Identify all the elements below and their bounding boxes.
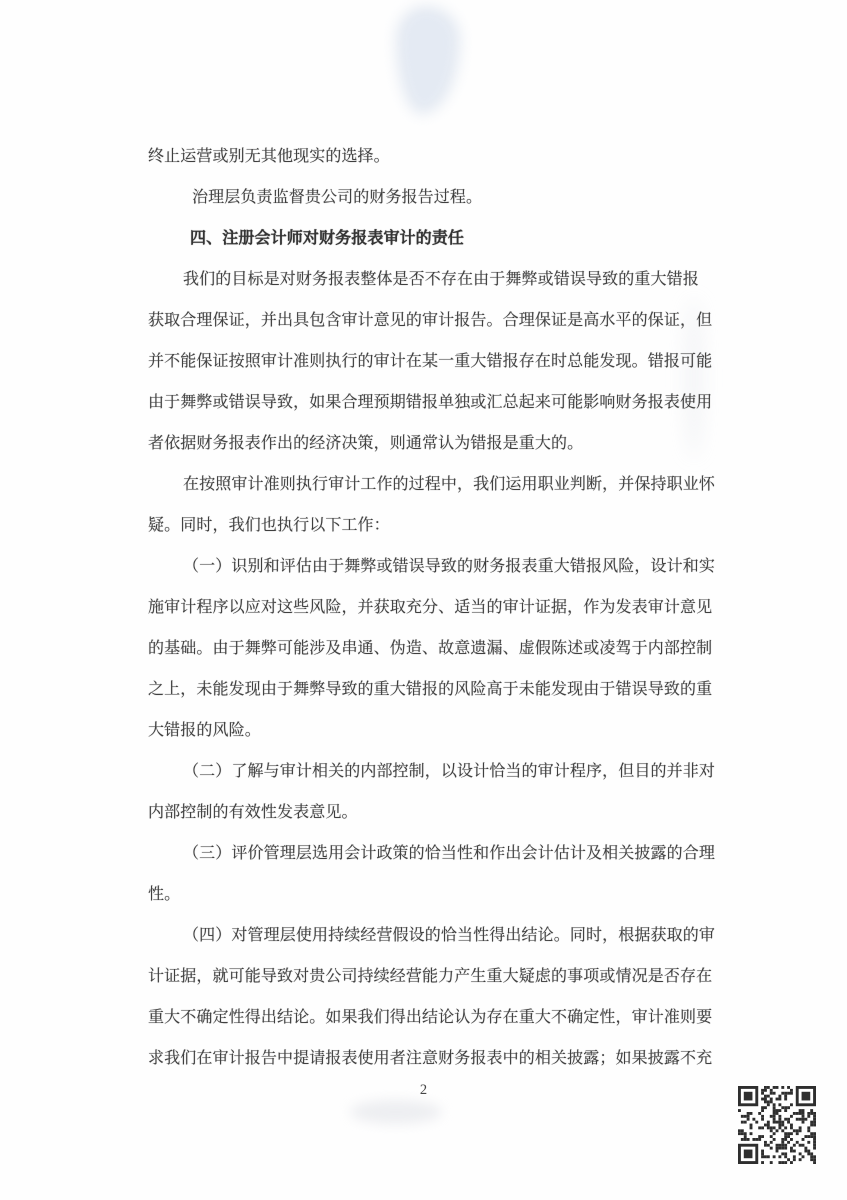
text-line: 求我们在审计报告中提请报表使用者注意财务报表中的相关披露；如果披露不充	[148, 1038, 714, 1079]
text-line: 终止运营或别无其他现实的选择。	[148, 136, 714, 177]
text-line: 性。	[148, 874, 714, 915]
text-line: 获取合理保证，并出具包含审计意见的审计报告。合理保证是高水平的保证，但	[148, 300, 714, 341]
text-line: 由于舞弊或错误导致，如果合理预期错报单独或汇总起来可能影响财务报表使用	[148, 382, 714, 423]
audit-report-body: 终止运营或别无其他现实的选择。 治理层负责监督贵公司的财务报告过程。 四、注册会…	[148, 136, 714, 1079]
text-line: 大错报的风险。	[148, 710, 714, 751]
scanned-document-page: 终止运营或别无其他现实的选择。 治理层负责监督贵公司的财务报告过程。 四、注册会…	[0, 0, 847, 1200]
text-line: 之上，未能发现由于舞弊导致的重大错报的风险高于未能发现由于错误导致的重	[148, 669, 714, 710]
text-line: 并不能保证按照审计准则执行的审计在某一重大错报存在时总能发现。错报可能	[148, 341, 714, 382]
qr-code-image	[738, 1086, 816, 1164]
text-line: 施审计程序以应对这些风险，并获取充分、适当的审计证据，作为发表审计意见	[148, 587, 714, 628]
text-line-item-four: （四）对管理层使用持续经营假设的恰当性得出结论。同时，根据获取的审	[148, 915, 714, 956]
scan-smudge-top	[396, 6, 460, 114]
text-line: 内部控制的有效性发表意见。	[148, 792, 714, 833]
text-line: 者依据财务报表作出的经济决策，则通常认为错报是重大的。	[148, 423, 714, 464]
text-line: 疑。同时，我们也执行以下工作：	[148, 505, 714, 546]
text-line-item-three: （三）评价管理层选用会计政策的恰当性和作出会计估计及相关披露的合理	[148, 833, 714, 874]
text-line: 重大不确定性得出结论。如果我们得出结论认为存在重大不确定性，审计准则要	[148, 997, 714, 1038]
section-heading-four: 四、注册会计师对财务报表审计的责任	[148, 218, 714, 259]
text-line: 我们的目标是对财务报表整体是否不存在由于舞弊或错误导致的重大错报	[148, 259, 714, 300]
text-line-item-two: （二）了解与审计相关的内部控制，以设计恰当的审计程序，但目的并非对	[148, 751, 714, 792]
text-line: 的基础。由于舞弊可能涉及串通、伪造、故意遗漏、虚假陈述或凌驾于内部控制	[148, 628, 714, 669]
scan-smudge-footer	[350, 1100, 442, 1124]
text-line-item-one: （一）识别和评估由于舞弊或错误导致的财务报表重大错报风险，设计和实	[148, 546, 714, 587]
text-line: 在按照审计准则执行审计工作的过程中，我们运用职业判断，并保持职业怀	[148, 464, 714, 505]
text-line: 治理层负责监督贵公司的财务报告过程。	[148, 177, 714, 218]
text-line: 计证据，就可能导致对贵公司持续经营能力产生重大疑虑的事项或情况是否存在	[148, 956, 714, 997]
page-number: 2	[0, 1080, 847, 1100]
